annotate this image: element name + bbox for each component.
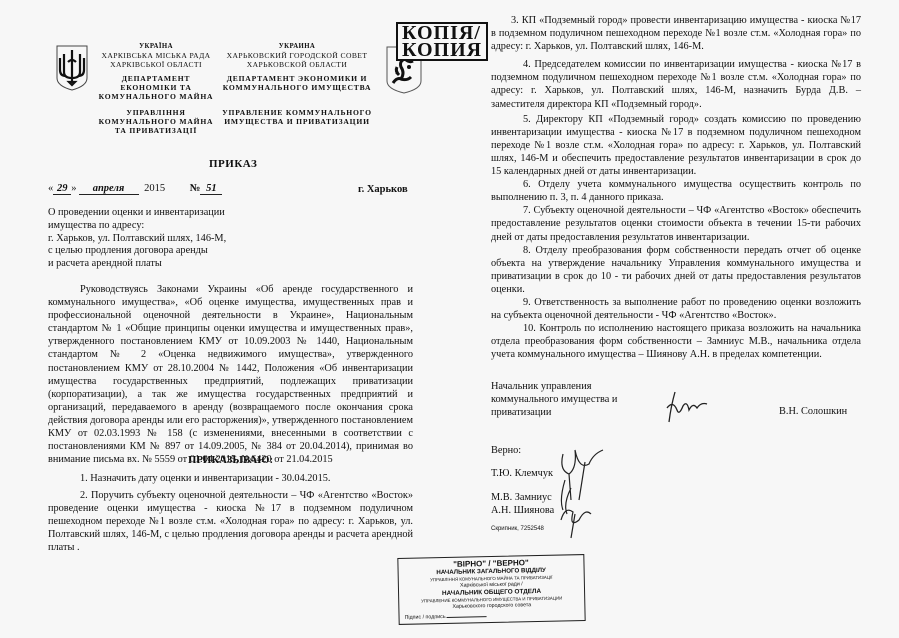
header-ua-country: УКРАЇНА bbox=[96, 42, 216, 51]
ukraine-emblem-icon bbox=[54, 44, 90, 92]
decree-items-left: 1. Назначить дату оценки и инвентаризаци… bbox=[48, 472, 413, 555]
order-city: г. Харьков bbox=[358, 184, 408, 195]
number-label: № bbox=[190, 183, 201, 194]
date-year: 2015 bbox=[144, 183, 165, 194]
copy-stamp: КОПІЯ/ КОПИЯ bbox=[396, 22, 488, 61]
decree-heading: ПРИКАЗЫВАЮ: bbox=[48, 454, 413, 466]
subject-line: и расчета арендной платы bbox=[48, 258, 268, 271]
header-ua-office-3: ТА ПРИВАТИЗАЦІЇ bbox=[96, 126, 216, 135]
decree-items-right: 3. КП «Подземный город» провести инвента… bbox=[491, 14, 861, 361]
position-line: Начальник управления bbox=[491, 380, 617, 393]
header-ru-dept-2: КОММУНАЛЬНОГО ИМУЩЕСТВА bbox=[222, 83, 372, 92]
date-day: 29 bbox=[53, 183, 71, 195]
position-line: приватизации bbox=[491, 406, 617, 419]
subject-line: г. Харьков, ул. Полтавский шлях, 146-М, bbox=[48, 233, 268, 246]
subject-line: имущества по адресу: bbox=[48, 220, 268, 233]
stamp-signature-label: Підпис / подпись bbox=[405, 614, 446, 621]
header-ua-council: ХАРКІВСЬКА МІСЬКА РАДА bbox=[96, 51, 216, 60]
handwritten-signature-icon bbox=[663, 388, 713, 424]
subject-line: с целью продления договора аренды bbox=[48, 245, 268, 258]
decree-item-5: 5. Директору КП «Подземный город» создат… bbox=[491, 113, 861, 178]
order-title: ПРИКАЗ bbox=[209, 158, 257, 170]
header-ru-region: ХАРЬКОВСКОЙ ОБЛАСТИ bbox=[222, 60, 372, 69]
signatory-position: Начальник управления коммунального имуще… bbox=[491, 380, 617, 419]
decree-item-9: 9. Ответственность за выполнение работ п… bbox=[491, 296, 861, 322]
decree-item-1: 1. Назначить дату оценки и инвентаризаци… bbox=[48, 472, 413, 485]
decree-item-4: 4. Председателем комиссии по инвентариза… bbox=[491, 58, 861, 110]
header-ua-office-1: УПРАВЛІННЯ bbox=[96, 108, 216, 117]
decree-item-10: 10. Контроль по исполнению настоящего пр… bbox=[491, 322, 861, 361]
order-preamble: Руководствуясь Законами Украины «Об арен… bbox=[48, 283, 413, 466]
decree-item-8: 8. Отделу преобразования форм собственно… bbox=[491, 244, 861, 296]
header-ru-office-1: УПРАВЛЕНИЕ КОММУНАЛЬНОГО bbox=[222, 108, 372, 117]
preamble-text: Руководствуясь Законами Украины «Об арен… bbox=[48, 283, 413, 466]
order-number: 51 bbox=[200, 183, 222, 195]
date-close-quote: » bbox=[71, 183, 76, 194]
position-line: коммунального имущества и bbox=[491, 393, 617, 406]
header-ru: УКРАИНА ХАРЬКОВСКИЙ ГОРОДСКОЙ СОВЕТ ХАРЬ… bbox=[222, 42, 372, 126]
decree-item-2: 2. Поручить субъекту оценочной деятельно… bbox=[48, 489, 413, 554]
header-ua-office-2: КОМУНАЛЬНОГО МАЙНА bbox=[96, 117, 216, 126]
order-date-line: «29»апреля 2015 №51 bbox=[48, 183, 222, 195]
header-ru-country: УКРАИНА bbox=[222, 42, 372, 51]
header-ru-council: ХАРЬКОВСКИЙ ГОРОДСКОЙ СОВЕТ bbox=[222, 51, 372, 60]
stamp-signature-line: Підпис / подпись bbox=[405, 611, 580, 621]
signatory-name: В.Н. Солошкин bbox=[779, 406, 847, 417]
header-ru-office-2: ИМУЩЕСТВА И ПРИВАТИЗАЦИИ bbox=[222, 117, 372, 126]
verification-signatures-icon bbox=[545, 440, 615, 540]
header-ua-region: ХАРКІВСЬКОЇ ОБЛАСТІ bbox=[96, 60, 216, 69]
date-month: апреля bbox=[79, 183, 139, 195]
decree-item-7: 7. Субъекту оценочной деятельности – ЧФ … bbox=[491, 204, 861, 243]
subject-line: О проведении оценки и инвентаризации bbox=[48, 207, 268, 220]
header-ua-dept-3: КОМУНАЛЬНОГО МАЙНА bbox=[96, 92, 216, 101]
certified-copy-stamp: "ВІРНО" / "ВЕРНО" НАЧАЛЬНИК ЗАГАЛЬНОГО В… bbox=[397, 554, 585, 625]
order-subject: О проведении оценки и инвентаризации иму… bbox=[48, 207, 268, 271]
decree-item-6: 6. Отделу учета коммунального имущества … bbox=[491, 178, 861, 204]
header-ua-dept-1: ДЕПАРТАМЕНТ bbox=[96, 74, 216, 83]
header-ua-dept-2: ЕКОНОМІКИ ТА bbox=[96, 83, 216, 92]
decree-item-3: 3. КП «Подземный город» провести инвента… bbox=[491, 14, 861, 53]
header-ua: УКРАЇНА ХАРКІВСЬКА МІСЬКА РАДА ХАРКІВСЬК… bbox=[96, 42, 216, 135]
copy-stamp-line-2: КОПИЯ bbox=[402, 42, 482, 59]
header-ru-dept-1: ДЕПАРТАМЕНТ ЭКОНОМИКИ И bbox=[222, 74, 372, 83]
